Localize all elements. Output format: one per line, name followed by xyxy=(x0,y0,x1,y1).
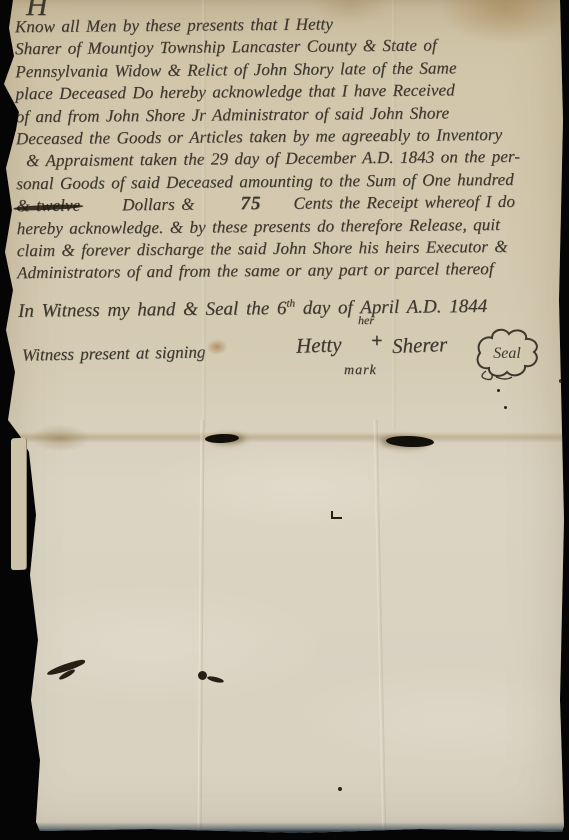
attestation-prefix: In Witness my hand & Seal the 6 xyxy=(18,298,287,322)
seal-label: Seal xyxy=(493,345,521,362)
ink-dot xyxy=(497,389,500,392)
manuscript-text-block: Know all Men by these presents that I He… xyxy=(15,12,521,285)
receipt-clause: Cents the Receipt whereof I do xyxy=(293,191,515,215)
ink-mark xyxy=(331,511,333,519)
ink-dot xyxy=(504,406,507,409)
hand-drawn-seal: Seal xyxy=(470,325,544,381)
scanner-bed: H Know all Men by these presents that I … xyxy=(0,0,569,840)
ordinal-superscript: th xyxy=(286,298,295,310)
signer-given-name: Hetty xyxy=(296,332,342,359)
fold-crease-horizontal xyxy=(0,432,569,443)
torn-edge-flap xyxy=(11,438,27,571)
fold-crease-vertical-right-upper xyxy=(392,0,396,430)
ink-blot xyxy=(207,675,225,684)
mark-word-mark: mark xyxy=(344,363,377,379)
fold-crease-vertical-left xyxy=(198,420,205,840)
manuscript-line: Administrators of and from the same or a… xyxy=(17,258,521,285)
ink-dot xyxy=(559,379,563,383)
attestation-line: In Witness my hand & Seal the 6th day of… xyxy=(18,296,487,323)
ink-blot xyxy=(198,671,207,680)
signature-cross-mark: + xyxy=(371,330,382,353)
fold-crease-vertical-right xyxy=(374,420,387,840)
ink-dot xyxy=(338,787,342,791)
dollars-label: Dollars & xyxy=(122,194,195,217)
document-paper: H Know all Men by these presents that I … xyxy=(0,0,569,840)
mark-word-her: her xyxy=(358,313,374,328)
witness-note: Witness present at signing xyxy=(22,342,206,365)
signer-surname: Sherer xyxy=(392,332,448,359)
struck-amount-text: & twelve xyxy=(16,195,80,218)
cents-value: 75 xyxy=(240,193,261,216)
paper-bottom-edge xyxy=(0,822,569,834)
fold-crease-vertical-left-upper xyxy=(202,0,206,430)
